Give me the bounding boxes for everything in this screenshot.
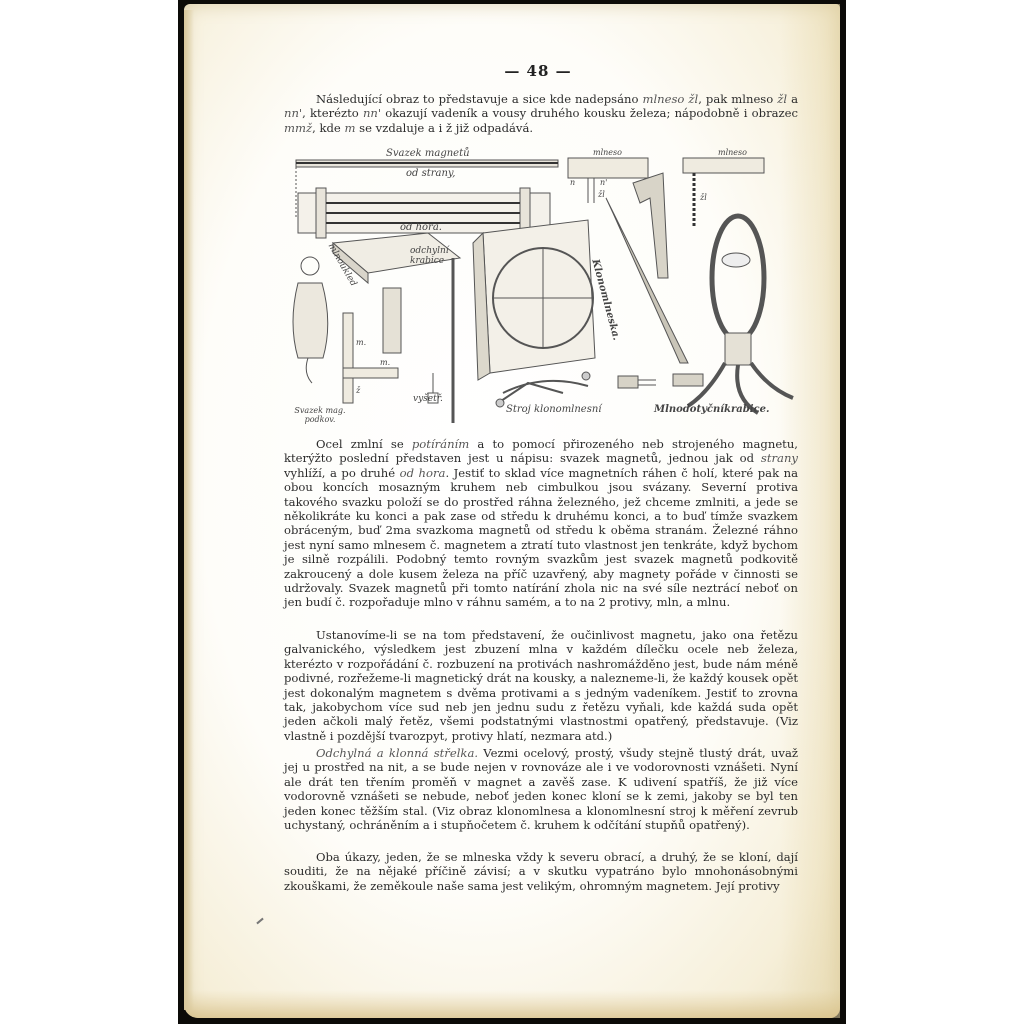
caption-svazek-magnetu: Svazek magnetů <box>386 148 470 159</box>
paragraph-odchylna-strelka: Odchylná a klonná střelka. Vezmi ocelový… <box>284 746 798 832</box>
caption-mlnodotycnikrabice: Mlnodotyčníkrabice. <box>654 404 769 415</box>
paragraph-ocel-zmlni: Ocel zmlní se potíráním a to pomocí přir… <box>284 437 798 610</box>
engraving-figure: Svazek magnetů od strany, od hora. mlnes… <box>288 148 804 430</box>
caption-od-hora: od hora. <box>400 222 442 233</box>
caption-od-strany: od strany, <box>406 168 455 179</box>
paragraph-oba-ukazy: Oba úkazy, jeden, že se mlneska vždy k s… <box>284 850 798 893</box>
caption-m-2: m. <box>380 358 390 367</box>
section-title: Odchylná a klonná střelka. <box>316 746 478 760</box>
caption-n: n <box>570 178 575 187</box>
caption-mlneso-2: mlneso <box>718 148 747 157</box>
caption-mlneso-1: mlneso <box>593 148 622 157</box>
caption-m-1: m. <box>356 338 366 347</box>
caption-z: ž <box>356 386 360 395</box>
caption-stroj-klonomlnesni: Stroj klonomlnesní <box>506 404 602 415</box>
caption-odchylni-krabice: odchylní krabice <box>410 246 470 266</box>
page-number: — 48 — <box>0 62 1024 80</box>
caption-svazek-mag-podkov: Svazek mag. podkov. <box>290 406 350 424</box>
caption-zl-1: žl <box>598 190 605 199</box>
caption-vysetr: vyšetř. <box>413 394 443 404</box>
caption-zl-2: žl <box>700 193 707 202</box>
page-edge-stain <box>184 10 194 1010</box>
paragraph-ustanovime: Ustanovíme-li se na tom představení, že … <box>284 628 798 743</box>
paragraph-intro: Následující obraz to představuje a sice … <box>284 92 798 135</box>
caption-n-prime: n' <box>600 178 607 187</box>
magnet-apparatus-illustration <box>288 148 804 430</box>
